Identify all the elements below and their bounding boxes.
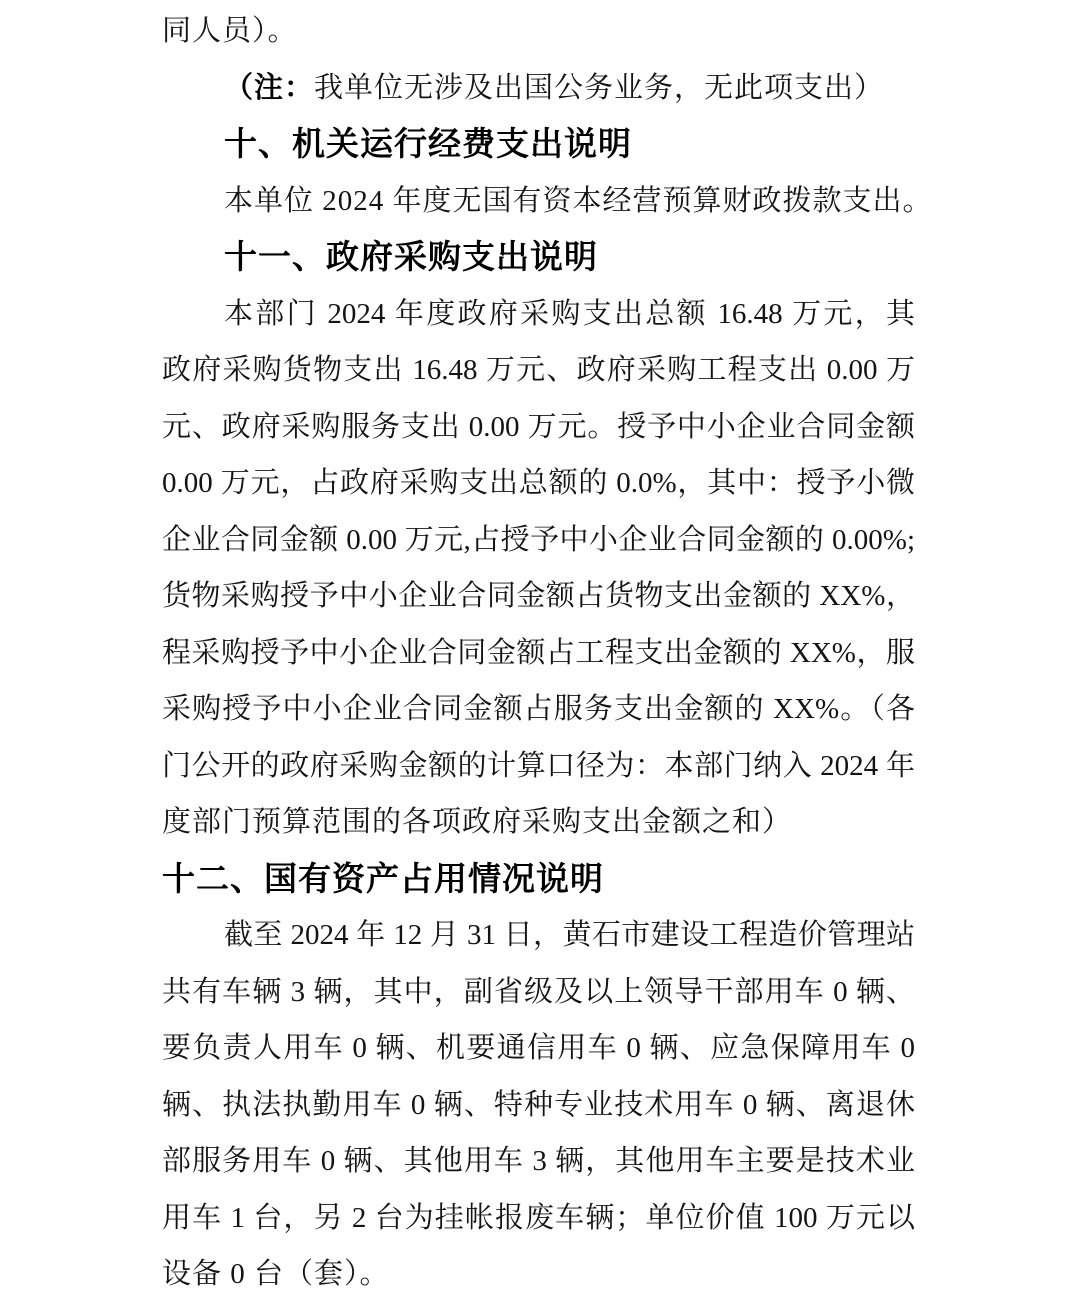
text-line: 政府采购货物支出 16.48 万元、政府采购工程支出 0.00 万 — [162, 342, 915, 399]
text-line: 截至 2024 年 12 月 31 日，黄石市建设工程造价管理站 — [162, 907, 915, 964]
document-body: 同人员）。（注：我单位无涉及出国公务业务，无此项支出）十、机关运行经费支出说明本… — [162, 3, 915, 1303]
text-line: 部服务用车 0 辆、其他用车 3 辆，其他用车主要是技术业务 — [162, 1133, 915, 1190]
text-line: 共有车辆 3 辆，其中，副省级及以上领导干部用车 0 辆、主 — [162, 964, 915, 1021]
text-line: 设备 0 台（套）。 — [162, 1246, 915, 1303]
text-line: 采购授予中小企业合同金额占服务支出金额的 XX%。（各部 — [162, 681, 915, 738]
text-line: （注：我单位无涉及出国公务业务，无此项支出） — [162, 60, 915, 117]
text-line: 要负责人用车 0 辆、机要通信用车 0 辆、应急保障用车 0 — [162, 1020, 915, 1077]
text-line: 本部门 2024 年度政府采购支出总额 16.48 万元，其中： — [162, 286, 915, 343]
text-line: 门公开的政府采购金额的计算口径为：本部门纳入 2024 年 — [162, 738, 915, 795]
text-line: 同人员）。 — [162, 3, 915, 60]
text-line: 本单位 2024 年度无国有资本经营预算财政拨款支出。 — [162, 173, 915, 230]
text-line: 用车 1 台，另 2 台为挂帐报废车辆；单位价值 100 万元以上 — [162, 1190, 915, 1247]
text-line: 元、政府采购服务支出 0.00 万元。授予中小企业合同金额 — [162, 399, 915, 456]
text-line: 度部门预算范围的各项政府采购支出金额之和） — [162, 794, 915, 851]
text-line: 辆、执法执勤用车 0 辆、特种专业技术用车 0 辆、离退休干 — [162, 1077, 915, 1134]
text-line: 0.00 万元，占政府采购支出总额的 0.0%，其中：授予小微 — [162, 455, 915, 512]
text-line: 程采购授予中小企业合同金额占工程支出金额的 XX%，服务 — [162, 625, 915, 682]
section-heading: 十、机关运行经费支出说明 — [162, 116, 915, 173]
document-page: 同人员）。（注：我单位无涉及出国公务业务，无此项支出）十、机关运行经费支出说明本… — [0, 0, 1074, 1303]
section-heading: 十一、政府采购支出说明 — [162, 229, 915, 286]
section-heading: 十二、国有资产占用情况说明 — [162, 851, 915, 908]
text-line: 货物采购授予中小企业合同金额占货物支出金额的 XX%，工 — [162, 568, 915, 625]
note-label: （注： — [224, 72, 314, 104]
text-line: 企业合同金额 0.00 万元,占授予中小企业合同金额的 0.00%; — [162, 512, 915, 569]
